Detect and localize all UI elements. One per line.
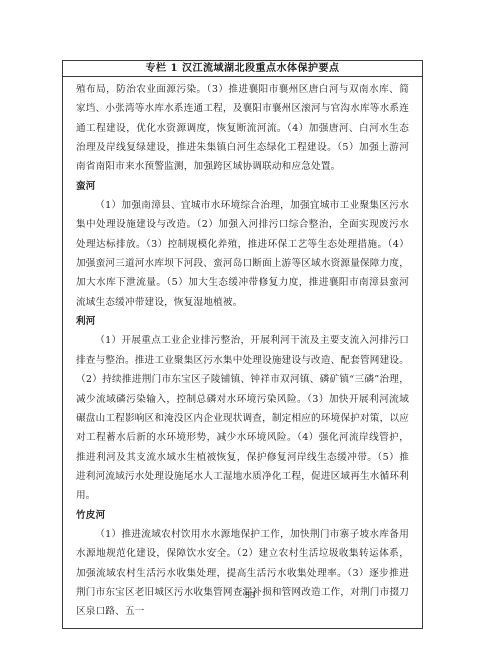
river-section-heading: 利河 [76,312,409,331]
river-section-heading: 蛮河 [76,177,409,196]
callout-box: 专栏 1 汉江流域湖北段重点水体保护要点 殖布局，防治农业面源污染。（3）推进襄… [62,60,423,629]
body-paragraph: （1）推进流域农村饮用水水源地保护工作，加快荆门市寨子坡水库备用水源地规范化建设… [76,525,409,622]
callout-box-title: 专栏 1 汉江流域湖北段重点水体保护要点 [63,61,422,77]
body-paragraph: （1）开展重点工业企业排污整治，开展利河干流及主要支流入河排污口排查与整治。推进… [76,331,409,505]
page-number: 53 [0,591,500,601]
body-paragraph: 殖布局，防治农业面源污染。（3）推进襄阳市襄州区唐白河与双南水库、简家垱、小张湾… [76,80,409,177]
river-section-heading: 竹皮河 [76,506,409,525]
document-page: 专栏 1 汉江流域湖北段重点水体保护要点 殖布局，防治农业面源污染。（3）推进襄… [0,0,500,647]
body-paragraph: （1）加强南漳县、宜城市水环境综合治理，加强宜城市工业聚集区污水集中处理设施建设… [76,196,409,312]
panel-body: 殖布局，防治农业面源污染。（3）推进襄阳市襄州区唐白河与双南水库、简家垱、小张湾… [63,77,422,628]
